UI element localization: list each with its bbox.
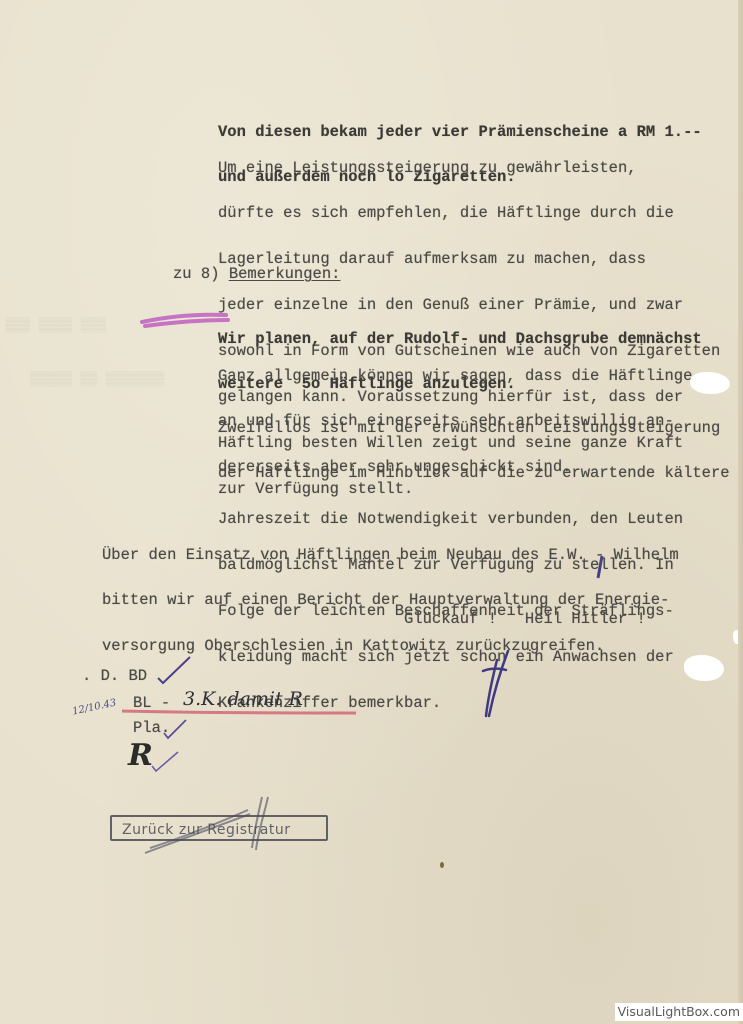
crayon-mark xyxy=(142,315,228,326)
paper-edge xyxy=(738,0,743,1024)
punch-hole xyxy=(684,655,724,681)
show-through-text: ▒▒▒▒▒ ▒▒ ▒▒▒▒▒▒▒ xyxy=(30,372,164,388)
punch-hole xyxy=(690,372,730,394)
distribution-bl: BL - xyxy=(133,696,180,711)
text-line: versorgung Oberschlesien in Kattowitz zu… xyxy=(102,639,679,654)
text-line: Zweifellos ist mit der erwünschten Leist… xyxy=(218,421,730,436)
checkmark-icon xyxy=(152,752,178,771)
registry-stamp: Zurück zur Registratur xyxy=(110,815,328,841)
handwritten-bl-note: 3.K. damit R xyxy=(183,688,303,710)
handwritten-initial: R xyxy=(128,738,153,773)
stain-dot xyxy=(440,862,444,868)
document-page: ▒▒▒ ▒▒▒▒ ▒▒▒ ▒▒▒▒▒ ▒▒ ▒▒▒▒▒▒▒ Von diesen… xyxy=(0,0,738,1024)
text-line: dürfte es sich empfehlen, die Häftlinge … xyxy=(218,206,720,221)
text-line: Ganz allgemein können wir sagen, dass di… xyxy=(218,369,692,384)
text-line: bitten wir auf einen Bericht der Hauptve… xyxy=(102,593,679,608)
paragraph-power-plant: Über den Einsatz von Häftlingen beim Neu… xyxy=(102,517,679,685)
distribution-pla: Pla. xyxy=(133,721,170,736)
text-line: Um eine Leistungssteigerung zu gewährlei… xyxy=(218,161,720,176)
closing-salutation: Glückauf ! Heil Hitler ! xyxy=(404,612,646,627)
watermark: VisualLightBox.com xyxy=(615,1003,743,1021)
section-number: zu 8) xyxy=(173,265,229,283)
show-through-text: ▒▒▒ ▒▒▒▒ ▒▒▒ xyxy=(5,318,106,334)
section-heading: zu 8) Bemerkungen: xyxy=(173,267,340,282)
text-line: Über den Einsatz von Häftlingen beim Neu… xyxy=(102,548,679,563)
distribution-bd: . D. BD xyxy=(82,669,147,684)
handwritten-date: 12/10.43 xyxy=(71,697,117,717)
section-title: Bemerkungen: xyxy=(229,265,341,283)
text-line: der Häftlinge im Hinblick auf die zu erw… xyxy=(218,466,730,481)
